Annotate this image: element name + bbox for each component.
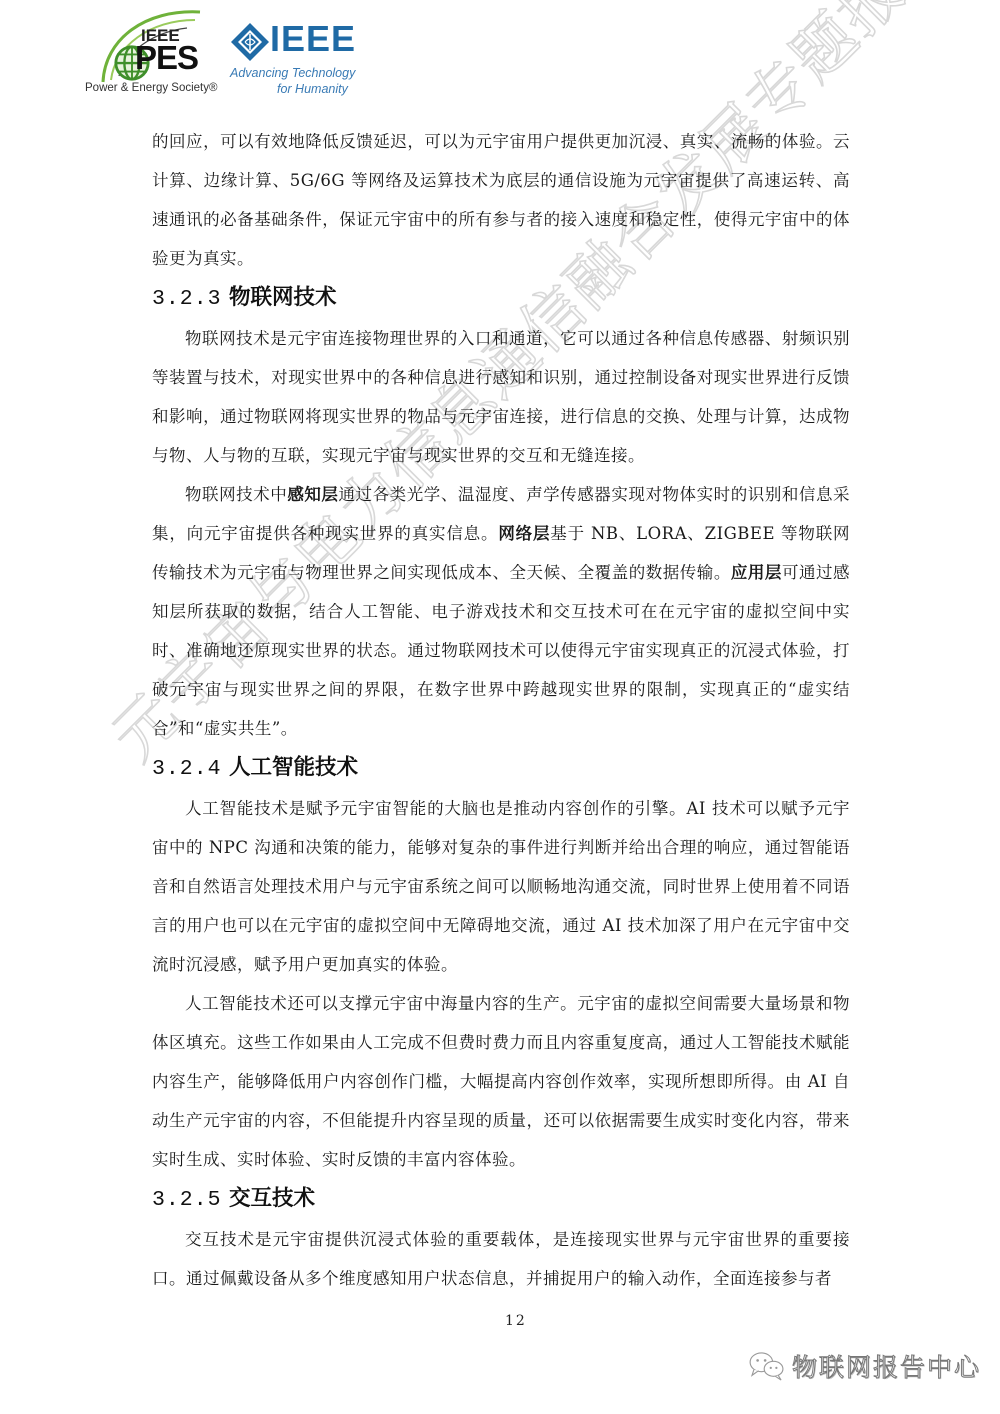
pes-subtitle: Power & Energy Society®	[85, 82, 217, 94]
text-run: 物联网技术中	[185, 485, 287, 504]
paragraph: 物联网技术是元宇宙连接物理世界的入口和通道，它可以通过各种信息传感器、射频识别等…	[152, 319, 850, 475]
term-network-layer: 网络层	[498, 524, 550, 543]
ieee-diamond-icon	[230, 22, 270, 62]
wechat-icon	[748, 1351, 786, 1381]
ieee-logo: IEEE Advancing Technology for Humanity	[230, 22, 380, 102]
paragraph: 交互技术是元宇宙提供沉浸式体验的重要载体，是连接现实世界与元宇宙世界的重要接口。…	[152, 1220, 850, 1298]
layered-paragraph: 物联网技术中感知层通过各类光学、温湿度、声学传感器实现对物体实时的识别和信息采集…	[152, 475, 850, 748]
header-logos: IEEE PES Power & Energy Society® IEEE Ad…	[85, 4, 385, 104]
paragraph: 人工智能技术是赋予元宇宙智能的大脑也是推动内容创作的引擎。AI 技术可以赋予元宇…	[152, 789, 850, 984]
section-heading-3-2-5: 3.2.5 交互技术	[152, 1179, 850, 1220]
wechat-account-watermark: 物联网报告中心	[748, 1348, 981, 1384]
document-body: 的回应，可以有效地降低反馈延迟，可以为元宇宙用户提供更加沉浸、真实、流畅的体验。…	[152, 122, 850, 1298]
intro-paragraph: 的回应，可以有效地降低反馈延迟，可以为元宇宙用户提供更加沉浸、真实、流畅的体验。…	[152, 122, 850, 278]
section-number: 3.2.5	[152, 1188, 222, 1212]
section-title: 人工智能技术	[229, 755, 358, 780]
section-heading-3-2-4: 3.2.4 人工智能技术	[152, 748, 850, 789]
ieee-tagline-line2: for Humanity	[277, 82, 348, 96]
section-number: 3.2.3	[152, 287, 222, 311]
ieee-pes-logo: IEEE PES Power & Energy Society®	[85, 4, 225, 104]
wechat-account-name: 物联网报告中心	[792, 1348, 981, 1384]
page-number: 12	[505, 1313, 527, 1329]
section-title: 物联网技术	[229, 285, 337, 310]
section-title: 交互技术	[229, 1186, 315, 1211]
paragraph: 人工智能技术还可以支撑元宇宙中海量内容的生产。元宇宙的虚拟空间需要大量场景和物体…	[152, 984, 850, 1179]
section-heading-3-2-3: 3.2.3 物联网技术	[152, 278, 850, 319]
section-number: 3.2.4	[152, 757, 222, 781]
text-run: 可通过感知层所获取的数据，结合人工智能、电子游戏技术和交互技术可在在元宇宙的虚拟…	[152, 563, 850, 738]
term-perception-layer: 感知层	[287, 485, 338, 504]
ieee-tagline-line1: Advancing Technology	[230, 66, 355, 80]
pes-label: PES	[135, 39, 198, 77]
ieee-wordmark: IEEE	[270, 18, 356, 60]
term-application-layer: 应用层	[731, 563, 782, 582]
